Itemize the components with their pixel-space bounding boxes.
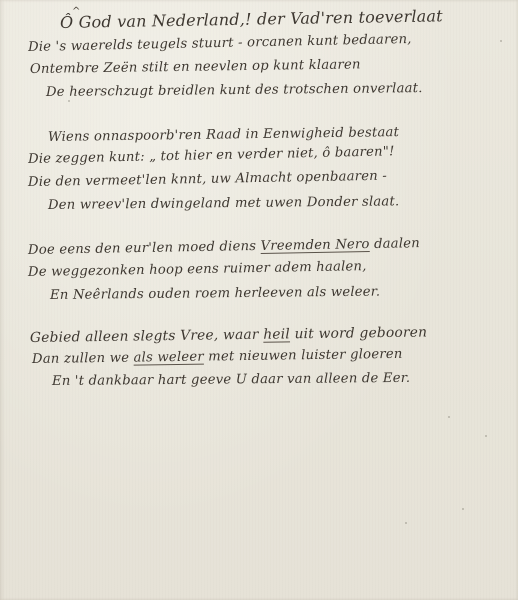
manuscript-page: ^ Ô God van Nederland,! der Vad'ren toev… — [0, 0, 518, 600]
poem-line: Die 's waerelds teugels stuurt - orcanen… — [28, 30, 412, 58]
underlined-phrase: als weleer — [133, 350, 203, 366]
paper-speck — [68, 100, 70, 102]
poem-line: De weggezonken hoop eens ruimer adem haa… — [28, 257, 367, 283]
line-text: Dan zullen we — [32, 351, 134, 367]
line-text: En 't dankbaar hart geeve U daar van all… — [52, 371, 410, 389]
poem-line: Die den vermeet'len knnt, uw Almacht ope… — [28, 167, 387, 193]
line-text: daalen — [370, 236, 421, 252]
line-text: En Neêrlands ouden roem herleeven als we… — [50, 285, 380, 303]
poem-line: De heerschzugt breidlen kunt des trotsch… — [46, 79, 423, 103]
line-text: Gebied alleen slegts Vree, waar — [30, 327, 263, 346]
poem-line: En Neêrlands ouden roem herleeven als we… — [50, 283, 380, 306]
poem-line: Den wreev'len dwingeland met uwen Donder… — [48, 192, 400, 216]
line-text: Doe eens den eur'len moed diens — [28, 239, 261, 258]
line-text: De weggezonken hoop eens ruimer adem haa… — [28, 259, 367, 280]
paper-speck — [448, 416, 450, 418]
line-text: uit word gebooren — [290, 324, 427, 342]
paper-speck — [405, 522, 407, 524]
paper-speck — [500, 40, 502, 42]
line-text: met nieuwen luister gloeren — [204, 347, 403, 365]
paper-speck — [485, 435, 487, 437]
poem-line: En 't dankbaar hart geeve U daar van all… — [52, 369, 410, 392]
paper-speck — [462, 508, 464, 510]
underlined-phrase: Vreemden Nero — [260, 237, 369, 254]
underlined-phrase: heil — [263, 326, 290, 342]
poem-line: Ontembre Zeën stilt en neevlen op kunt k… — [30, 55, 361, 80]
poem-line: Gebied alleen slegts Vree, waar heil uit… — [30, 322, 427, 348]
poem-line: Ô God van Nederland,! der Vad'ren toever… — [60, 6, 443, 33]
poem-line: Dan zullen we als weleer met nieuwen lui… — [32, 345, 403, 370]
